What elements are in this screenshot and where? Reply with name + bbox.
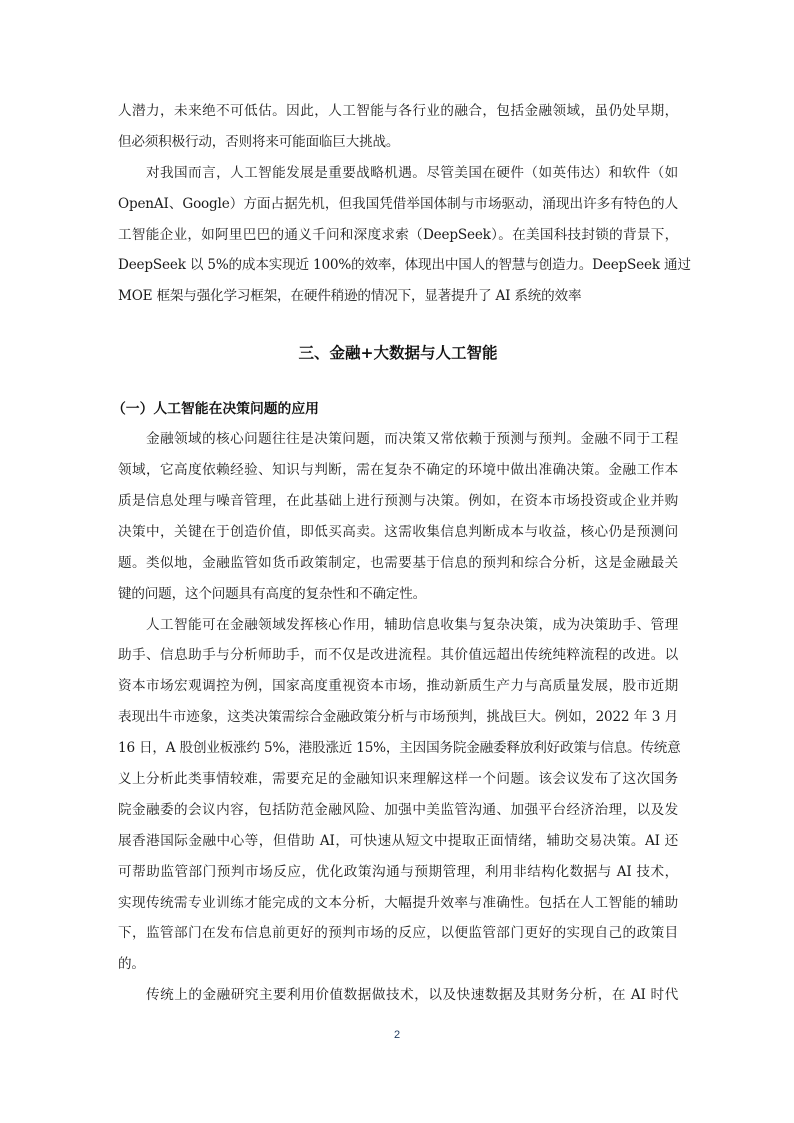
text-line: 表现出牛市迹象，这类决策需综合金融政策分析与市场预判，挑战巨大。例如，2022 … xyxy=(118,702,678,733)
text-line: 决策中，关键在于创造价值，即低买高卖。这需收集信息判断成本与收益，核心仍是预测问 xyxy=(118,517,678,548)
text-line: 下，监管部门在发布信息前更好的预判市场的反应，以便监管部门更好的实现自己的政策目 xyxy=(118,918,678,949)
text-line: 人潜力，未来绝不可低估。因此，人工智能与各行业的融合，包括金融领域，虽仍处早期， xyxy=(118,96,678,127)
text-line: 人工智能可在金融领域发挥核心作用，辅助信息收集与复杂决策，成为决策助手、管理 xyxy=(118,610,678,641)
text-line: 题。类似地，金融监管如货币政策制定，也需要基于信息的预判和综合分析，这是金融最关 xyxy=(118,548,678,579)
text-line: 院金融委的会议内容，包括防范金融风险、加强中美监管沟通、加强平台经济治理，以及发 xyxy=(118,795,678,826)
text-line: 助手、信息助手与分析师助手，而不仅是改进流程。其价值远超出传统纯粹流程的改进。以 xyxy=(118,640,678,671)
paragraph-continued: 人潜力，未来绝不可低估。因此，人工智能与各行业的融合，包括金融领域，虽仍处早期，… xyxy=(118,96,678,158)
paragraph-decision-problems: 金融领域的核心问题往往是决策问题，而决策又常依赖于预测与预判。金融不同于工程 领… xyxy=(118,424,678,609)
paragraph-traditional-research: 传统上的金融研究主要利用价值数据做技术，以及快速数据及其财务分析，在 AI 时代 xyxy=(118,980,678,1011)
text-line: 可帮助监管部门预判市场反应，优化政策沟通与预期管理，利用非结构化数据与 AI 技… xyxy=(118,857,678,888)
text-line: 但必须积极行动，否则将来可能面临巨大挑战。 xyxy=(118,127,678,158)
section-heading: 三、金融+大数据与人工智能 xyxy=(118,338,678,368)
text-line: MOE 框架与强化学习框架，在硬件稍逊的情况下，显著提升了 AI 系统的效率 xyxy=(118,281,678,312)
text-line: 传统上的金融研究主要利用价值数据做技术，以及快速数据及其财务分析，在 AI 时代 xyxy=(118,980,678,1011)
text-line: 16 日，A 股创业板涨约 5%，港股涨近 15%，主因国务院金融委释放利好政策… xyxy=(118,733,678,764)
text-line: 义上分析此类事情较难，需要充足的金融知识来理解这样一个问题。该会议发布了这次国务 xyxy=(118,764,678,795)
text-line: 对我国而言，人工智能发展是重要战略机遇。尽管美国在硬件（如英伟达）和软件（如 xyxy=(118,158,678,189)
text-line: 展香港国际金融中心等，但借助 AI，可快速从短文中提取正面情绪，辅助交易决策。A… xyxy=(118,826,678,857)
text-line: 的。 xyxy=(118,949,678,980)
text-line: 工智能企业，如阿里巴巴的通义千问和深度求索（DeepSeek）。在美国科技封锁的… xyxy=(118,220,678,251)
paragraph-ai-role: 人工智能可在金融领域发挥核心作用，辅助信息收集与复杂决策，成为决策助手、管理 助… xyxy=(118,610,678,981)
page-number: 2 xyxy=(0,1029,794,1041)
text-line: 资本市场宏观调控为例，国家高度重视资本市场，推动新质生产力与高质量发展，股市近期 xyxy=(118,671,678,702)
text-line: 键的问题，这个问题具有高度的复杂性和不确定性。 xyxy=(118,579,678,610)
subsection-heading: （一）人工智能在决策问题的应用 xyxy=(112,394,678,424)
text-line: 实现传统需专业训练才能完成的文本分析，大幅提升效率与准确性。包括在人工智能的辅助 xyxy=(118,888,678,919)
text-line: DeepSeek 以 5%的成本实现近 100%的效率，体现出中国人的智慧与创造… xyxy=(118,250,678,281)
text-line: 领域，它高度依赖经验、知识与判断，需在复杂不确定的环境中做出准确决策。金融工作本 xyxy=(118,455,678,486)
text-line: 金融领域的核心问题往往是决策问题，而决策又常依赖于预测与预判。金融不同于工程 xyxy=(118,424,678,455)
text-line: OpenAI、Google）方面占据先机，但我国凭借举国体制与市场驱动，涌现出许… xyxy=(118,189,678,220)
page-body: 人潜力，未来绝不可低估。因此，人工智能与各行业的融合，包括金融领域，虽仍处早期，… xyxy=(118,96,678,1011)
paragraph-strategic-opportunity: 对我国而言，人工智能发展是重要战略机遇。尽管美国在硬件（如英伟达）和软件（如 O… xyxy=(118,158,678,312)
document-page: 人潜力，未来绝不可低估。因此，人工智能与各行业的融合，包括金融领域，虽仍处早期，… xyxy=(0,0,794,1123)
text-line: 质是信息处理与噪音管理，在此基础上进行预测与决策。例如，在资本市场投资或企业并购 xyxy=(118,486,678,517)
